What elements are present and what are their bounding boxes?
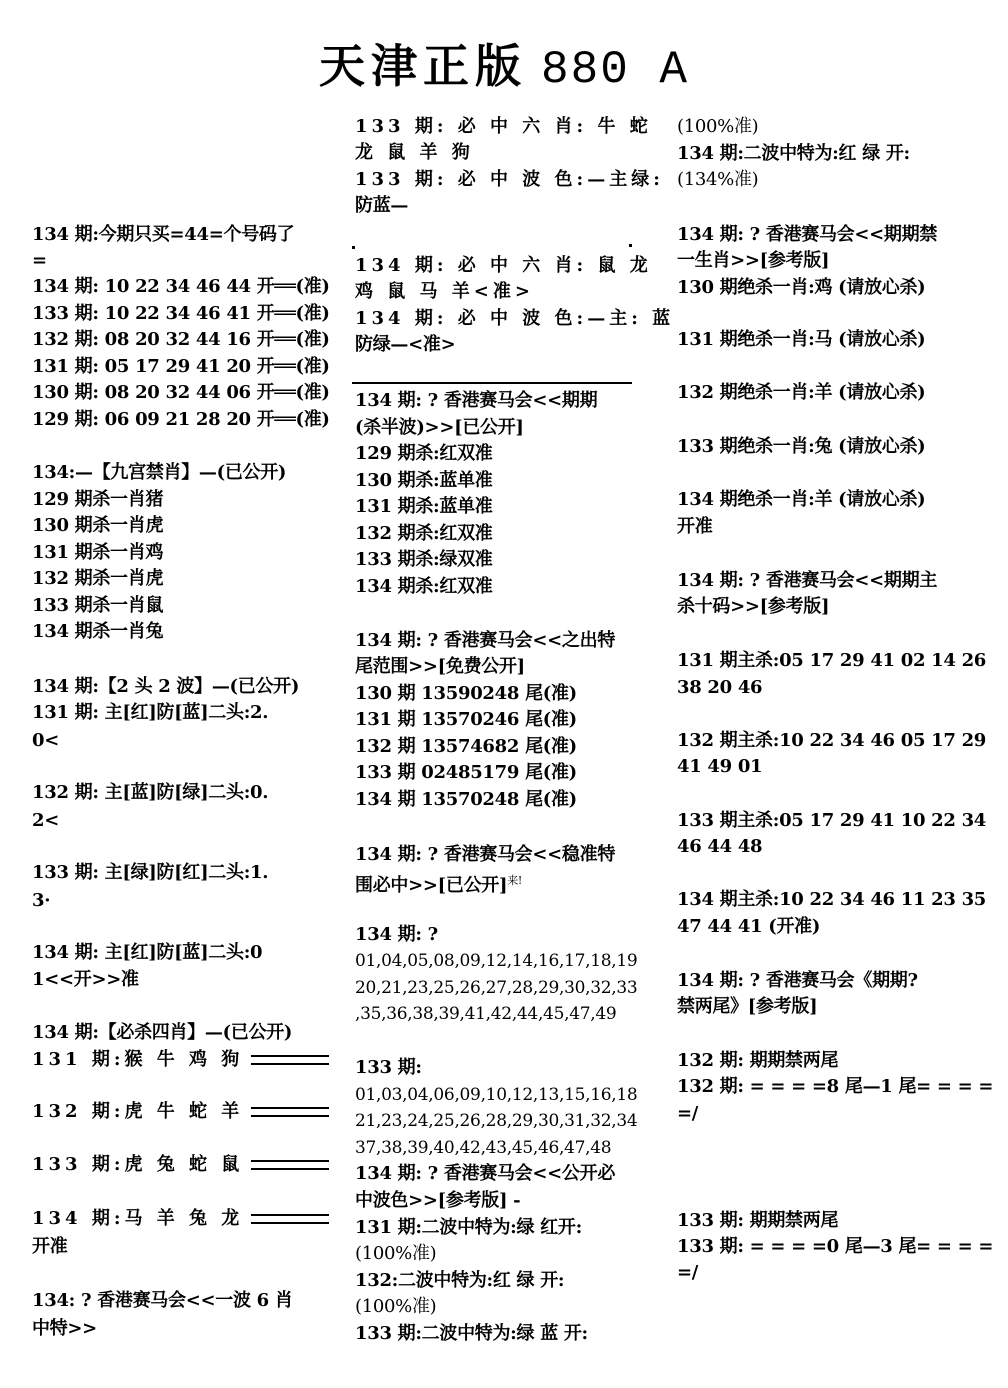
text-line: 围必中>>[已公开]来! [355,868,522,899]
text-line: 131 期 13570246 尾(准) [355,707,577,733]
text-line: 132 期 13574682 尾(准) [355,734,577,760]
speck [629,244,632,247]
text-line: 130 期杀:蓝单准 [355,468,492,494]
text-line: 134 期 13570248 尾(准) [355,787,577,813]
text-line: 131 期:二波中特为:绿 红开: [355,1215,582,1241]
text-line: 134 期:今期只买=44=个号码了 [32,222,294,248]
text-line: (134%准) [677,167,758,193]
text-line: 中特>> [32,1316,97,1342]
text-line: (100%准) [355,1241,436,1267]
text-line: 2< [32,808,59,834]
text-line: 禁两尾》[参考版] [677,994,817,1020]
divider [352,382,632,384]
text-line: 132 期杀一肖虎 [32,566,163,592]
double-rule [251,1214,329,1224]
text-line: 46 44 48 [677,834,762,860]
text-line: (杀半波)>>[已公开] [355,415,524,441]
section-heading: 134 期:【2 头 2 波】—(已公开) [32,674,299,700]
text-line: 129 期杀一肖猪 [32,487,163,513]
text-line-content: 132 期:虎 牛 蛇 羊 [32,1101,243,1122]
section-heading: 133 期: [355,1055,422,1081]
text-line: 0< [32,728,59,754]
text-line: 132:二波中特为:红 绿 开: [355,1268,564,1294]
text-line: 133 期: 10 22 34 46 41 开══(准) [32,301,330,327]
text-line: 开准 [32,1234,67,1260]
text-line: =/ [677,1260,698,1286]
text-line: 1<<开>>准 [32,967,139,993]
double-rule [251,1055,329,1065]
text-line: 中波色>>[参考版] - [355,1188,520,1214]
text-line: 防绿—<准> [355,332,455,358]
text-line: (100%准) [355,1294,436,1320]
text-line: 132 期: 主[蓝]防[绿]二头:0. [32,780,268,806]
text-line: 131 期绝杀一肖:马 (请放心杀) [677,327,925,353]
double-rule [251,1160,329,1170]
section-heading: 134: ? 香港赛马会<<一波 6 肖 [32,1288,293,1314]
text-line: 134 期杀:红双准 [355,574,492,600]
section-heading: 134:—【九宫禁肖】—(已公开) [32,460,286,486]
number-list: 01,03,04,06,09,10,12,13,15,16,18 [355,1082,637,1108]
text-line: 130 期绝杀一肖:鸡 (请放心杀) [677,275,925,301]
text-line: 尾范围>>[免费公开] [355,654,525,680]
title-cn: 天津正版 [319,39,527,93]
text-line: 132 期绝杀一肖:羊 (请放心杀) [677,380,925,406]
text-line: 133 期: 期期禁两尾 [677,1208,838,1234]
text-line: 134 期: 必 中 波 色:—主: 蓝 [355,306,674,332]
text-line: 132 期主杀:10 22 34 46 05 17 29 [677,728,986,754]
section-heading: 134 期: ? 香港赛马会<<稳准特 [355,842,615,868]
section-heading: 134 期: ? 香港赛马会<<公开必 [355,1161,615,1187]
number-list: 37,38,39,40,42,43,45,46,47,48 [355,1135,611,1161]
number-list: 21,23,24,25,26,28,29,30,31,32,34 [355,1108,637,1134]
text-line: 一生肖>>[参考版] [677,248,829,274]
section-heading: 134 期:【必杀四肖】—(已公开) [32,1020,292,1046]
section-heading: 134 期: ? 香港赛马会<<期期禁 [677,222,937,248]
text-line: 131 期: 主[红]防[蓝]二头:2. [32,700,268,726]
text-line: 132 期: 期期禁两尾 [677,1048,838,1074]
section-heading: 134 期: ? 香港赛马会<<之出特 [355,628,615,654]
text-line: 龙 鼠 羊 狗 [355,140,474,166]
text-line: 130 期杀一肖虎 [32,513,163,539]
text-line-content: 134 期:马 羊 兔 龙 [32,1208,243,1229]
text-line: 132 期杀:红双准 [355,521,492,547]
text-line: 134 期主杀:10 22 34 46 11 23 35 [677,887,986,913]
text-line: 133 期杀:绿双准 [355,547,492,573]
text-line: = [32,248,47,274]
text-line: 130 期 13590248 尾(准) [355,681,577,707]
text-line: 133 期:虎 兔 蛇 鼠 [32,1152,329,1178]
text-line: 133 期绝杀一肖:兔 (请放心杀) [677,434,925,460]
text-line: 133 期 02485179 尾(准) [355,760,577,786]
text-line: 129 期: 06 09 21 28 20 开══(准) [32,407,330,433]
number-list: 01,04,05,08,09,12,14,16,17,18,19 [355,948,637,974]
text-line: 132 期:虎 牛 蛇 羊 [32,1099,329,1125]
page-title: 天津正版880 A [0,38,1008,98]
text-line: 开准 [677,514,712,540]
text-line: 134 期:马 羊 兔 龙 [32,1206,329,1232]
text-line: 134 期:二波中特为:红 绿 开: [677,141,910,167]
double-rule [251,1107,329,1117]
text-line: 132 期: = = = =8 尾—1 尾= = = = [677,1074,993,1100]
text-line: 134 期: 主[红]防[蓝]二头:0 [32,940,262,966]
text-line: 133 期:二波中特为:绿 蓝 开: [355,1321,588,1347]
text-line: 131 期: 05 17 29 41 20 开══(准) [32,354,330,380]
text-line: 134 期: 必 中 六 肖: 鼠 龙 [355,253,652,279]
text-line: 133 期: = = = =0 尾—3 尾= = = = [677,1234,993,1260]
text-line: 133 期: 主[绿]防[红]二头:1. [32,860,268,886]
speck [352,246,355,249]
text-line: 38 20 46 [677,675,762,701]
text-line: 131 期主杀:05 17 29 41 02 14 26 [677,648,986,674]
text-line: 133 期: 必 中 波 色:—主绿: [355,167,664,193]
text-line: =/ [677,1101,698,1127]
text-line: 130 期: 08 20 32 44 06 开══(准) [32,380,330,406]
text-line: (100%准) [677,114,758,140]
text-line-content: 围必中>>[已公开] [355,875,507,896]
text-line: 133 期杀一肖鼠 [32,593,163,619]
text-line: 41 49 01 [677,754,762,780]
text-line: 鸡 鼠 马 羊<准> [355,279,534,305]
text-line-content: 131 期:猴 牛 鸡 狗 [32,1049,243,1070]
text-line: 129 期杀:红双准 [355,441,492,467]
number-list: 20,21,23,25,26,27,28,29,30,32,33 [355,975,637,1001]
text-line: 134 期绝杀一肖:羊 (请放心杀) [677,487,925,513]
text-line: 防蓝— [355,193,408,219]
text-line: 134 期: 10 22 34 46 44 开══(准) [32,274,330,300]
text-line: 131 期杀:蓝单准 [355,494,492,520]
text-line: 134 期杀一肖兔 [32,619,163,645]
section-heading: 134 期: ? 香港赛马会《期期? [677,968,918,994]
number-list: ,35,36,38,39,41,42,44,45,47,49 [355,1001,616,1027]
text-line: 杀十码>>[参考版] [677,594,829,620]
superscript-note: 来! [507,874,522,887]
text-line: 133 期主杀:05 17 29 41 10 22 34 [677,808,986,834]
text-line: 3· [32,888,50,914]
section-heading: 134 期: ? 香港赛马会<<期期 [355,388,597,414]
section-heading: 134 期: ? [355,922,438,948]
section-heading: 134 期: ? 香港赛马会<<期期主 [677,568,937,594]
text-line: 132 期: 08 20 32 44 16 开══(准) [32,327,330,353]
text-line: 47 44 41 (开准) [677,914,820,940]
text-line: 131 期:猴 牛 鸡 狗 [32,1047,329,1073]
text-line: 133 期: 必 中 六 肖: 牛 蛇 [355,114,652,140]
text-line-content: 133 期:虎 兔 蛇 鼠 [32,1154,243,1175]
text-line: 131 期杀一肖鸡 [32,540,163,566]
title-code: 880 A [541,44,689,96]
